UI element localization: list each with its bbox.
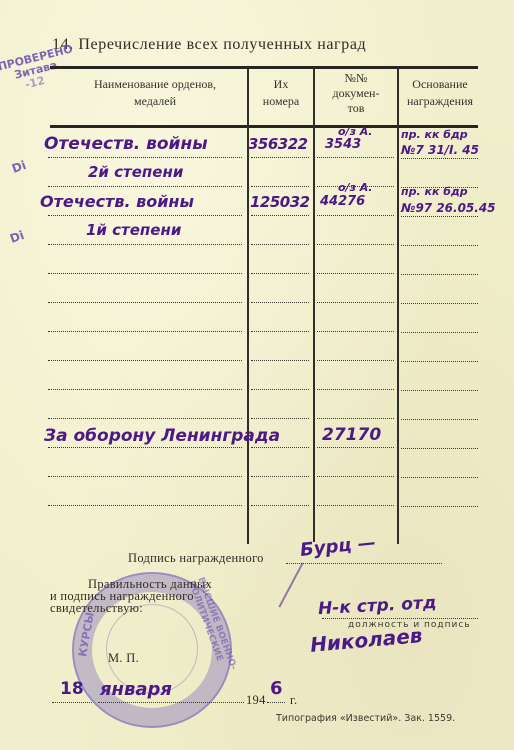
printer-imprint: Типография «Известий». Зак. 1559. [276,713,455,724]
recipient-signature-label: Подпись награжденного [128,551,264,566]
date-month-line [98,702,244,703]
date-year-suffix: 6 [270,678,283,699]
row-line [48,476,242,477]
row-line [48,215,242,216]
row-line [317,273,394,274]
row-line [317,215,394,216]
row-line [317,157,394,158]
date-month: января [100,679,172,700]
row-line [48,302,242,303]
row-line [317,360,394,361]
row-line [251,447,309,448]
row-line [48,157,242,158]
row-line [251,360,309,361]
header-award-name: Наименование орденов, медалей [70,76,240,110]
row-line [48,418,242,419]
header-award-basis: Основание награждения [399,76,481,110]
verified-stamp: ПРОВЕРЕНО Зитава -12 [0,43,80,96]
row-line [401,477,478,478]
row-line [317,418,394,419]
document-number: 27170 [322,425,381,445]
award-degree: 2й степени [88,163,183,181]
award-basis-date: №7 31/I. 45 [401,143,479,157]
row-line [251,302,309,303]
row-line [251,505,309,506]
date-year-line [267,702,285,703]
row-line [401,245,478,246]
date-day: 18 [60,679,84,699]
row-line [251,418,309,419]
row-line [401,506,478,507]
row-line [317,302,394,303]
official-signature: Николаев [309,623,423,657]
column-divider-2 [313,68,315,542]
header-award-numbers: Их номера [249,76,313,110]
column-divider-3 [397,68,399,544]
date-year-prefix: 194 [246,693,266,708]
document-number: 3543 [325,137,361,152]
row-line [401,332,478,333]
row-line [48,447,242,448]
row-line [317,447,394,448]
seal-place-label: М. П. [108,651,139,666]
row-line [401,361,478,362]
row-line [251,186,309,187]
row-line [317,331,394,332]
award-basis-order: пр. кк бдр [401,128,468,141]
award-degree: 1й степени [86,221,181,239]
row-line [401,303,478,304]
row-line [317,505,394,506]
row-line [317,476,394,477]
row-line [48,186,242,187]
award-number: 356322 [248,135,308,153]
row-line [251,273,309,274]
row-line [251,215,309,216]
row-line [401,448,478,449]
date-day-line [52,702,92,703]
row-line [48,505,242,506]
award-name: Отечеств. войны [40,192,194,211]
row-line [48,360,242,361]
row-line [48,273,242,274]
recipient-signature: Бурц — [299,532,377,561]
row-line [48,331,242,332]
row-line [48,244,242,245]
award-basis-date: №97 26.05.45 [401,201,496,215]
table-top-rule [50,66,478,69]
document-prefix: о/з А. [338,181,373,194]
row-line [401,274,478,275]
row-line [48,389,242,390]
section-heading: 14. Перечисление всех полученных наград [52,36,366,54]
row-line [251,476,309,477]
document-number: 44276 [320,194,365,209]
row-line [251,331,309,332]
row-line [401,419,478,420]
margin-mark-2: Di [8,228,26,246]
row-line [401,390,478,391]
official-signature-line [322,618,478,619]
certify-text: Правильность данных и подпись награжденн… [50,578,212,614]
row-line [251,157,309,158]
award-basis-order: пр. кк бдр [401,185,468,198]
award-number: 125032 [250,193,310,211]
official-position: Н-к стр. отд [318,593,437,619]
margin-mark-1: Di [10,158,28,176]
award-name: За оборону Ленинграда [44,426,280,446]
row-line [251,244,309,245]
award-name: Отечеств. войны [44,134,208,154]
date-year-unit: г. [290,693,297,708]
row-line [317,244,394,245]
row-line [251,389,309,390]
recipient-signature-line [286,563,442,564]
row-line [317,389,394,390]
row-line [401,216,478,217]
header-document-numbers: №№ докумен- тов [315,71,397,116]
signature-stroke [278,562,303,607]
row-line [401,158,478,159]
